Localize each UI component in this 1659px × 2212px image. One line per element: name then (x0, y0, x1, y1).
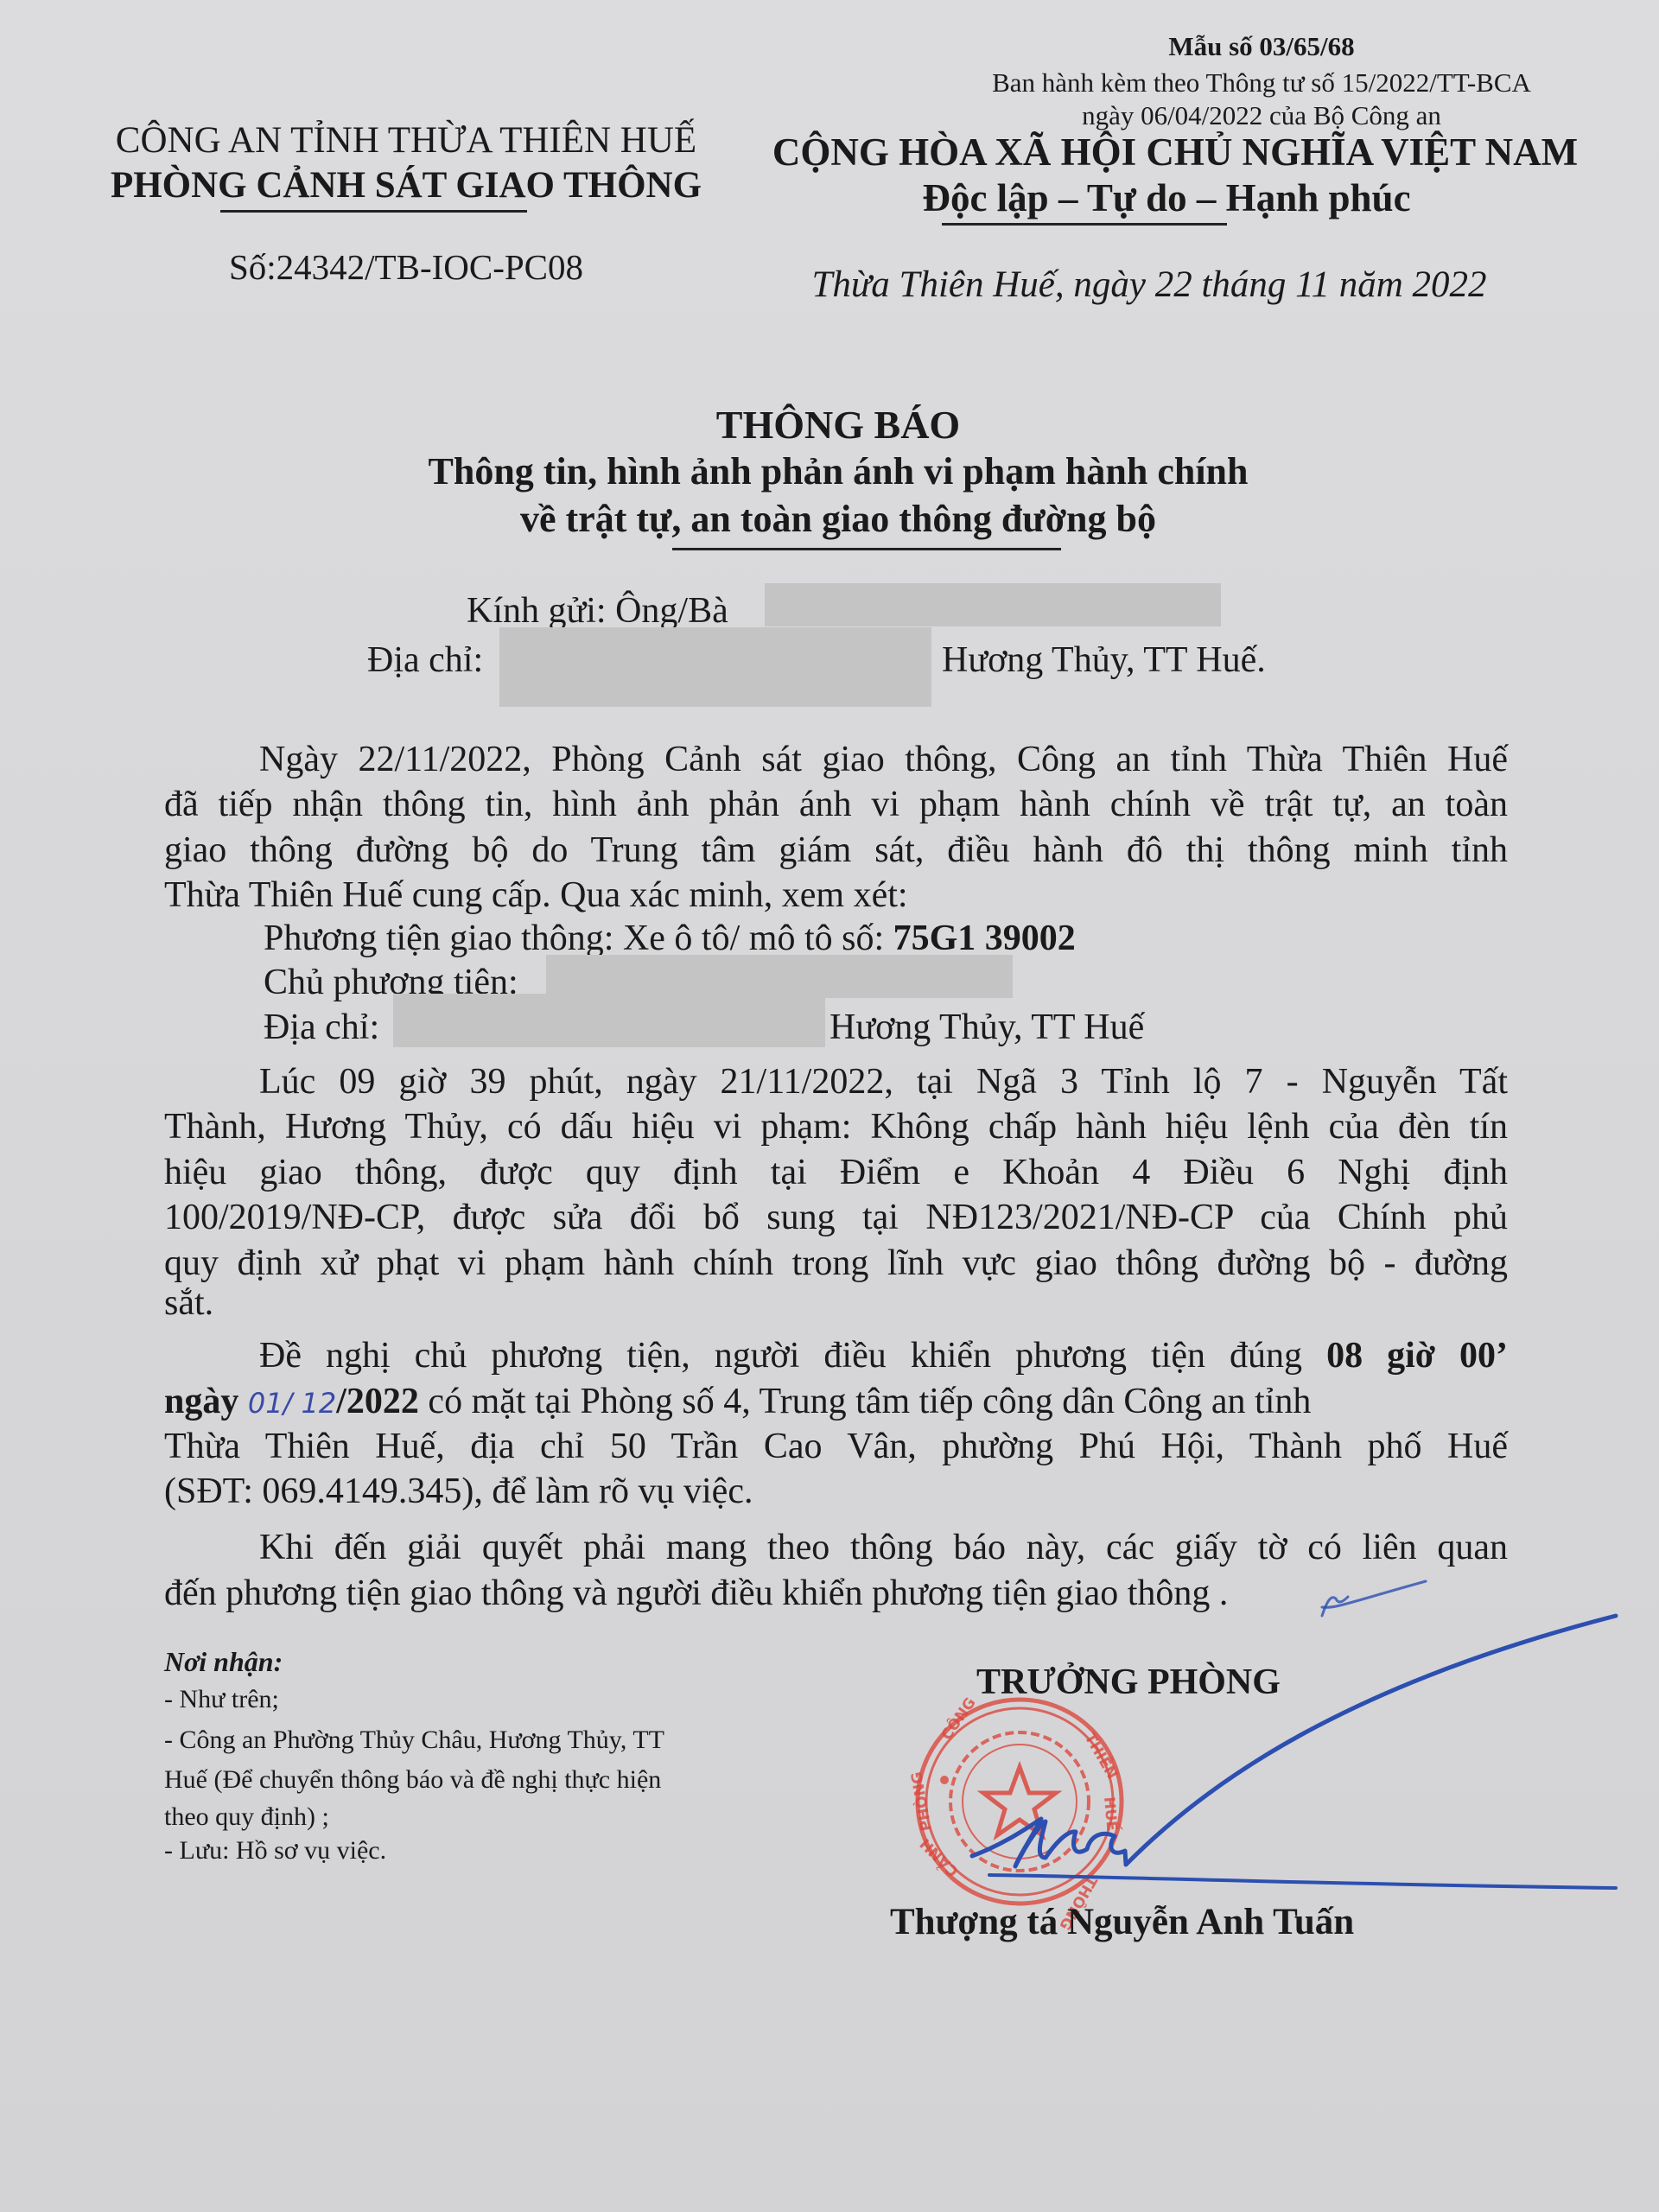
signer-name: Thượng tá Nguyễn Anh Tuấn (890, 1901, 1354, 1943)
document-page: Mẫu số 03/65/68 Ban hành kèm theo Thông … (0, 0, 1659, 2212)
signature-icon (0, 0, 1659, 2212)
